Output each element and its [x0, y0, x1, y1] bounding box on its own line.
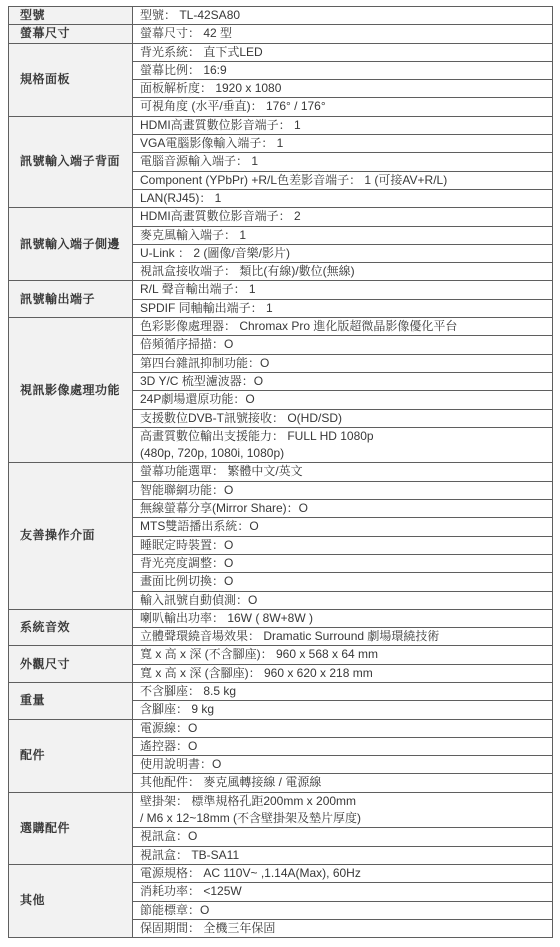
spec-value-cell: 面板解析度： 1920 x 1080 — [133, 80, 553, 98]
spec-group-label: 配件 — [9, 719, 133, 792]
spec-value-cell: 使用說明書：O — [133, 756, 553, 774]
spec-value-cell: 消耗功率： <125W — [133, 883, 553, 901]
spec-row: 型號型號： TL-42SA80 — [9, 7, 553, 25]
spec-value-cell: 視訊盒： TB-SA11 — [133, 846, 553, 864]
spec-value-cell: 遙控器：O — [133, 737, 553, 755]
spec-value-cell: VGA電腦影像輸入端子： 1 — [133, 135, 553, 153]
spec-group-label: 訊號輸出端子 — [9, 281, 133, 318]
spec-group-label: 系統音效 — [9, 609, 133, 646]
spec-row: 外觀尺寸寬 x 高 x 深 (不含腳座)： 960 x 568 x 64 mm — [9, 646, 553, 664]
spec-value-cell: HDMI高畫質數位影音端子： 1 — [133, 116, 553, 134]
spec-row: 訊號輸入端子側邊HDMI高畫質數位影音端子： 2 — [9, 208, 553, 226]
spec-row: 其他電源規格： AC 110V~ ,1.14A(Max), 60Hz — [9, 864, 553, 882]
spec-value-cell: 含腳座： 9 kg — [133, 701, 553, 719]
tv-spec-table: 型號型號： TL-42SA80螢幕尺寸螢幕尺寸： 42 型規格面板背光系統： 直… — [8, 6, 553, 938]
spec-value-cell: 3D Y/C 梳型濾波器：O — [133, 372, 553, 390]
spec-group-label: 訊號輸入端子背面 — [9, 116, 133, 207]
spec-row: 訊號輸入端子背面HDMI高畫質數位影音端子： 1 — [9, 116, 553, 134]
spec-value-cell: 睡眠定時裝置：O — [133, 536, 553, 554]
spec-value-cell: 視訊盒接收端子： 類比(有線)/數位(無線) — [133, 263, 553, 281]
spec-value-cell: 倍頻循序掃描：O — [133, 336, 553, 354]
spec-value-cell: 電源規格： AC 110V~ ,1.14A(Max), 60Hz — [133, 864, 553, 882]
spec-row: 螢幕尺寸螢幕尺寸： 42 型 — [9, 25, 553, 43]
spec-value-cell: 智能聯網功能：O — [133, 481, 553, 499]
spec-value-cell: 螢幕功能選單： 繁體中文/英文 — [133, 463, 553, 481]
spec-value-cell: 色彩影像處理器： Chromax Pro 進化版超微晶影像優化平台 — [133, 318, 553, 336]
spec-value-cell: 支援數位DVB-T訊號接收： O(HD/SD) — [133, 409, 553, 427]
spec-group-label: 友善操作介面 — [9, 463, 133, 609]
spec-value-cell: 可視角度 (水平/垂直)： 176° / 176° — [133, 98, 553, 116]
spec-value-cell: 喇叭輸出功率： 16W ( 8W+8W ) — [133, 609, 553, 627]
spec-group-label: 重量 — [9, 682, 133, 719]
spec-value-cell: 電源線：O — [133, 719, 553, 737]
spec-value-cell: 電腦音源輸入端子： 1 — [133, 153, 553, 171]
spec-value-cell: 節能標章：O — [133, 901, 553, 919]
spec-value-cell: 畫面比例切換：O — [133, 573, 553, 591]
spec-value-cell: 高畫質數位輸出支援能力： FULL HD 1080p (480p, 720p, … — [133, 427, 553, 463]
spec-sheet-page: 型號型號： TL-42SA80螢幕尺寸螢幕尺寸： 42 型規格面板背光系統： 直… — [0, 0, 560, 944]
spec-value-cell: U-Link ： 2 (圖像/音樂/影片) — [133, 244, 553, 262]
spec-value-cell: 無線螢幕分享(Mirror Share)：O — [133, 500, 553, 518]
spec-value-cell: 不含腳座： 8.5 kg — [133, 682, 553, 700]
spec-row: 規格面板背光系統： 直下式LED — [9, 43, 553, 61]
spec-row: 訊號輸出端子R/L 聲音輸出端子： 1 — [9, 281, 553, 299]
spec-group-label: 選購配件 — [9, 792, 133, 864]
spec-group-label: 型號 — [9, 7, 133, 25]
spec-value-cell: 保固期間： 全機三年保固 — [133, 919, 553, 937]
spec-row: 配件電源線：O — [9, 719, 553, 737]
spec-row: 選購配件壁掛架： 標準規格孔距200mm x 200mm / M6 x 12~1… — [9, 792, 553, 828]
spec-group-label: 其他 — [9, 864, 133, 937]
spec-group-label: 螢幕尺寸 — [9, 25, 133, 43]
spec-value-cell: 背光系統： 直下式LED — [133, 43, 553, 61]
spec-value-cell: 寬 x 高 x 深 (含腳座)： 960 x 620 x 218 mm — [133, 664, 553, 682]
spec-value-cell: SPDIF 同軸輸出端子： 1 — [133, 299, 553, 317]
spec-group-label: 外觀尺寸 — [9, 646, 133, 683]
spec-value-cell: LAN(RJ45)： 1 — [133, 189, 553, 207]
spec-group-label: 訊號輸入端子側邊 — [9, 208, 133, 281]
spec-row: 友善操作介面螢幕功能選單： 繁體中文/英文 — [9, 463, 553, 481]
spec-value-cell: HDMI高畫質數位影音端子： 2 — [133, 208, 553, 226]
spec-group-label: 視訊影像處理功能 — [9, 318, 133, 463]
spec-row: 視訊影像處理功能色彩影像處理器： Chromax Pro 進化版超微晶影像優化平… — [9, 318, 553, 336]
spec-value-cell: 麥克風輸入端子： 1 — [133, 226, 553, 244]
spec-value-cell: 螢幕尺寸： 42 型 — [133, 25, 553, 43]
spec-value-cell: 立體聲環繞音場效果： Dramatic Surround 劇場環繞技術 — [133, 628, 553, 646]
spec-value-cell: 壁掛架： 標準規格孔距200mm x 200mm / M6 x 12~18mm … — [133, 792, 553, 828]
spec-value-cell: 寬 x 高 x 深 (不含腳座)： 960 x 568 x 64 mm — [133, 646, 553, 664]
spec-value-cell: 第四台雜訊抑制功能：O — [133, 354, 553, 372]
spec-row: 重量不含腳座： 8.5 kg — [9, 682, 553, 700]
spec-value-cell: 螢幕比例： 16:9 — [133, 61, 553, 79]
spec-value-cell: Component (YPbPr) +R/L色差影音端子： 1 (可接AV+R/… — [133, 171, 553, 189]
spec-table-body: 型號型號： TL-42SA80螢幕尺寸螢幕尺寸： 42 型規格面板背光系統： 直… — [9, 7, 553, 938]
spec-value-cell: MTS雙語播出系統：O — [133, 518, 553, 536]
spec-value-cell: 視訊盒：O — [133, 828, 553, 846]
spec-value-cell: 其他配件： 麥克風轉接線 / 電源線 — [133, 774, 553, 792]
spec-row: 系統音效喇叭輸出功率： 16W ( 8W+8W ) — [9, 609, 553, 627]
spec-value-cell: 24P劇場還原功能：O — [133, 391, 553, 409]
spec-value-cell: 背光亮度調整：O — [133, 554, 553, 572]
spec-value-cell: 輸入訊號自動偵測：O — [133, 591, 553, 609]
spec-value-cell: R/L 聲音輸出端子： 1 — [133, 281, 553, 299]
spec-group-label: 規格面板 — [9, 43, 133, 116]
spec-value-cell: 型號： TL-42SA80 — [133, 7, 553, 25]
